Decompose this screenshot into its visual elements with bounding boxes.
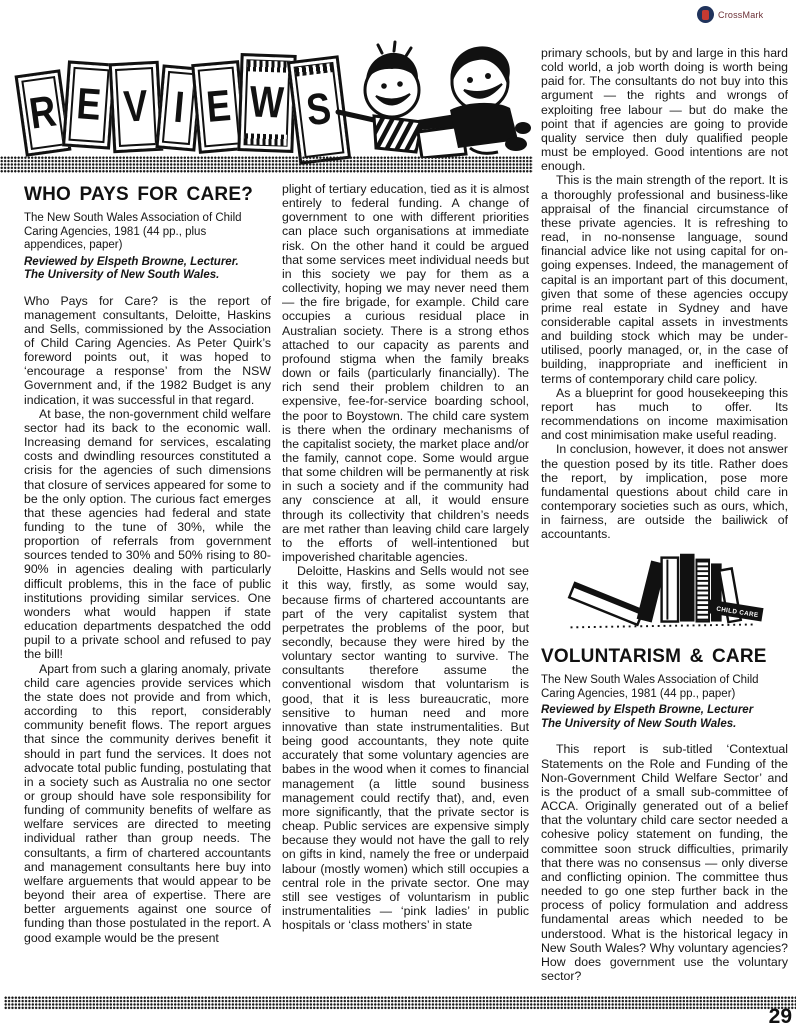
reviews-masthead: R E V I E W S bbox=[8, 50, 348, 162]
article2-reviewer-line2: The University of New South Wales. bbox=[541, 718, 736, 730]
masthead-letter: V bbox=[123, 81, 150, 132]
article1-reviewer-line2: The University of New South Wales. bbox=[24, 269, 219, 281]
column-3: primary schools, but by and large in thi… bbox=[541, 46, 788, 994]
books-illustration: CHILD CARE bbox=[541, 546, 788, 643]
crossmark-badge[interactable]: CrossMark bbox=[697, 6, 763, 23]
masthead-letter: W bbox=[249, 77, 285, 128]
article1-reviewer: Reviewed by Elspeth Browne, Lecturer. Th… bbox=[24, 256, 271, 283]
article1-paragraph: At base, the non-government child welfar… bbox=[24, 407, 271, 662]
article1-paragraph: Deloitte, Haskins and Sells would not se… bbox=[282, 564, 529, 932]
crossmark-label: CrossMark bbox=[718, 10, 763, 20]
masthead-letter: E bbox=[205, 81, 233, 133]
masthead-letter-tile: E bbox=[62, 60, 116, 149]
article1-title: WHO PAYS FOR CARE? bbox=[24, 184, 271, 206]
article2-reviewer: Reviewed by Elspeth Browne, Lecturer The… bbox=[541, 704, 788, 731]
article1-reviewer-line1: Reviewed by Elspeth Browne, Lecturer. bbox=[24, 256, 239, 268]
masthead-letter: E bbox=[75, 79, 103, 131]
section-divider-top bbox=[0, 156, 533, 173]
crossmark-bookmark-shape bbox=[702, 10, 709, 20]
article1-paragraph: Apart from such a glaring anomaly, priva… bbox=[24, 662, 271, 945]
crossmark-icon bbox=[697, 6, 714, 23]
article1-paragraph: Who Pays for Care? is the report of mana… bbox=[24, 294, 271, 407]
article1-paragraph: In conclusion, however, it does not answ… bbox=[541, 442, 788, 541]
article1-citation: The New South Wales Association of Child… bbox=[24, 212, 271, 253]
article2-title: VOLUNTARISM & CARE bbox=[541, 646, 788, 668]
masthead-letter: I bbox=[172, 83, 186, 134]
article1-paragraph: As a blueprint for good housekeeping thi… bbox=[541, 386, 788, 443]
article1-paragraph: This is the main strength of the report.… bbox=[541, 173, 788, 385]
article2-citation: The New South Wales Association of Child… bbox=[541, 674, 788, 701]
article1-paragraph: plight of tertiary education, tied as it… bbox=[282, 182, 529, 564]
section-divider-bottom bbox=[4, 996, 796, 1010]
children-illustration bbox=[330, 40, 535, 158]
masthead-letter: R bbox=[27, 86, 60, 139]
children-illustration-svg bbox=[330, 40, 535, 158]
books-illustration-svg: CHILD CARE bbox=[562, 546, 767, 638]
article2-paragraph: This report is sub-titled ‘Contextual St… bbox=[541, 742, 788, 983]
article2-reviewer-line1: Reviewed by Elspeth Browne, Lecturer bbox=[541, 704, 753, 716]
column-1: WHO PAYS FOR CARE? The New South Wales A… bbox=[24, 184, 271, 992]
column-2: plight of tertiary education, tied as it… bbox=[282, 182, 529, 992]
page-number: 29 bbox=[769, 1005, 792, 1029]
article1-paragraph: primary schools, but by and large in thi… bbox=[541, 46, 788, 173]
